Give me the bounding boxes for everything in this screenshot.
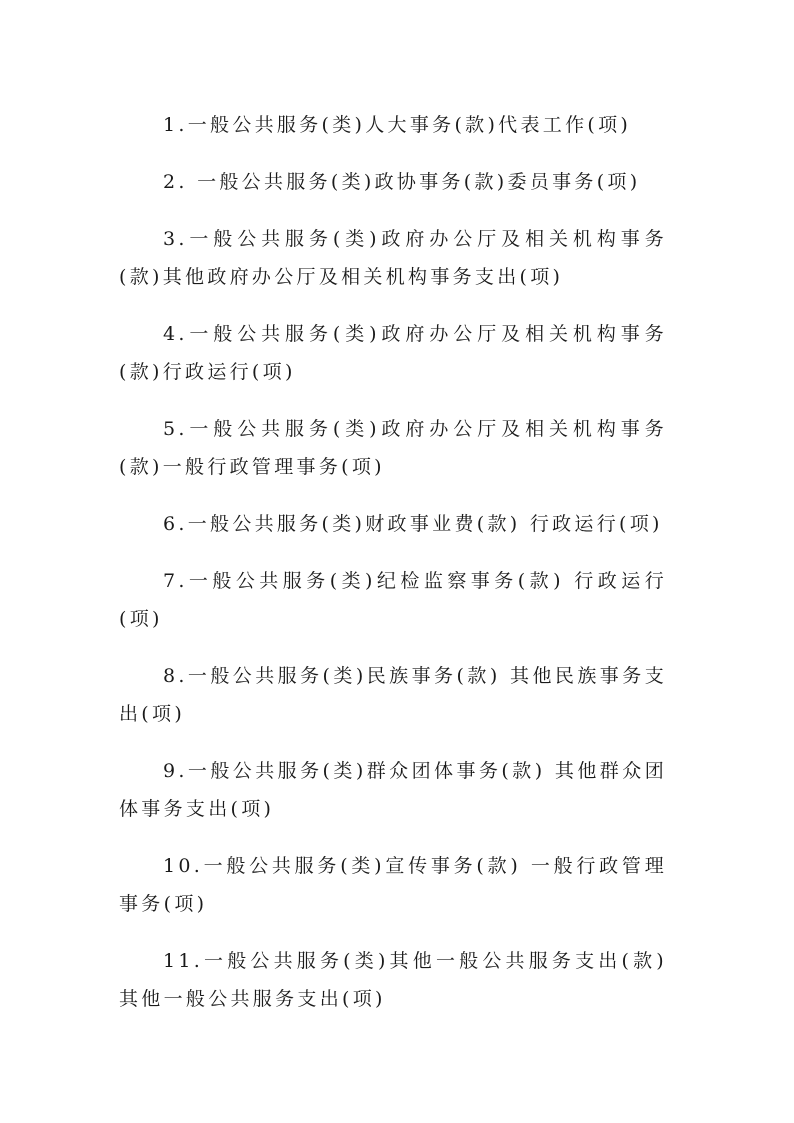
list-item-1: 1.一般公共服务(类)人大事务(款)代表工作(项) xyxy=(119,106,667,144)
list-item-2: 2. 一般公共服务(类)政协事务(款)委员事务(项) xyxy=(119,163,667,201)
list-item-5: 5.一般公共服务(类)政府办公厅及相关机构事务(款)一般行政管理事务(项) xyxy=(119,410,667,486)
list-item-6: 6.一般公共服务(类)财政事业费(款) 行政运行(项) xyxy=(119,505,667,543)
list-item-7: 7.一般公共服务(类)纪检监察事务(款) 行政运行(项) xyxy=(119,562,667,638)
document-page: 1.一般公共服务(类)人大事务(款)代表工作(项) 2. 一般公共服务(类)政协… xyxy=(119,106,667,1037)
list-item-4: 4.一般公共服务(类)政府办公厅及相关机构事务(款)行政运行(项) xyxy=(119,315,667,391)
list-item-9: 9.一般公共服务(类)群众团体事务(款) 其他群众团体事务支出(项) xyxy=(119,752,667,828)
list-item-8: 8.一般公共服务(类)民族事务(款) 其他民族事务支出(项) xyxy=(119,657,667,733)
list-item-3: 3.一般公共服务(类)政府办公厅及相关机构事务(款)其他政府办公厅及相关机构事务… xyxy=(119,220,667,296)
list-item-11: 11.一般公共服务(类)其他一般公共服务支出(款) 其他一般公共服务支出(项) xyxy=(119,942,667,1018)
list-item-10: 10.一般公共服务(类)宣传事务(款) 一般行政管理事务(项) xyxy=(119,847,667,923)
